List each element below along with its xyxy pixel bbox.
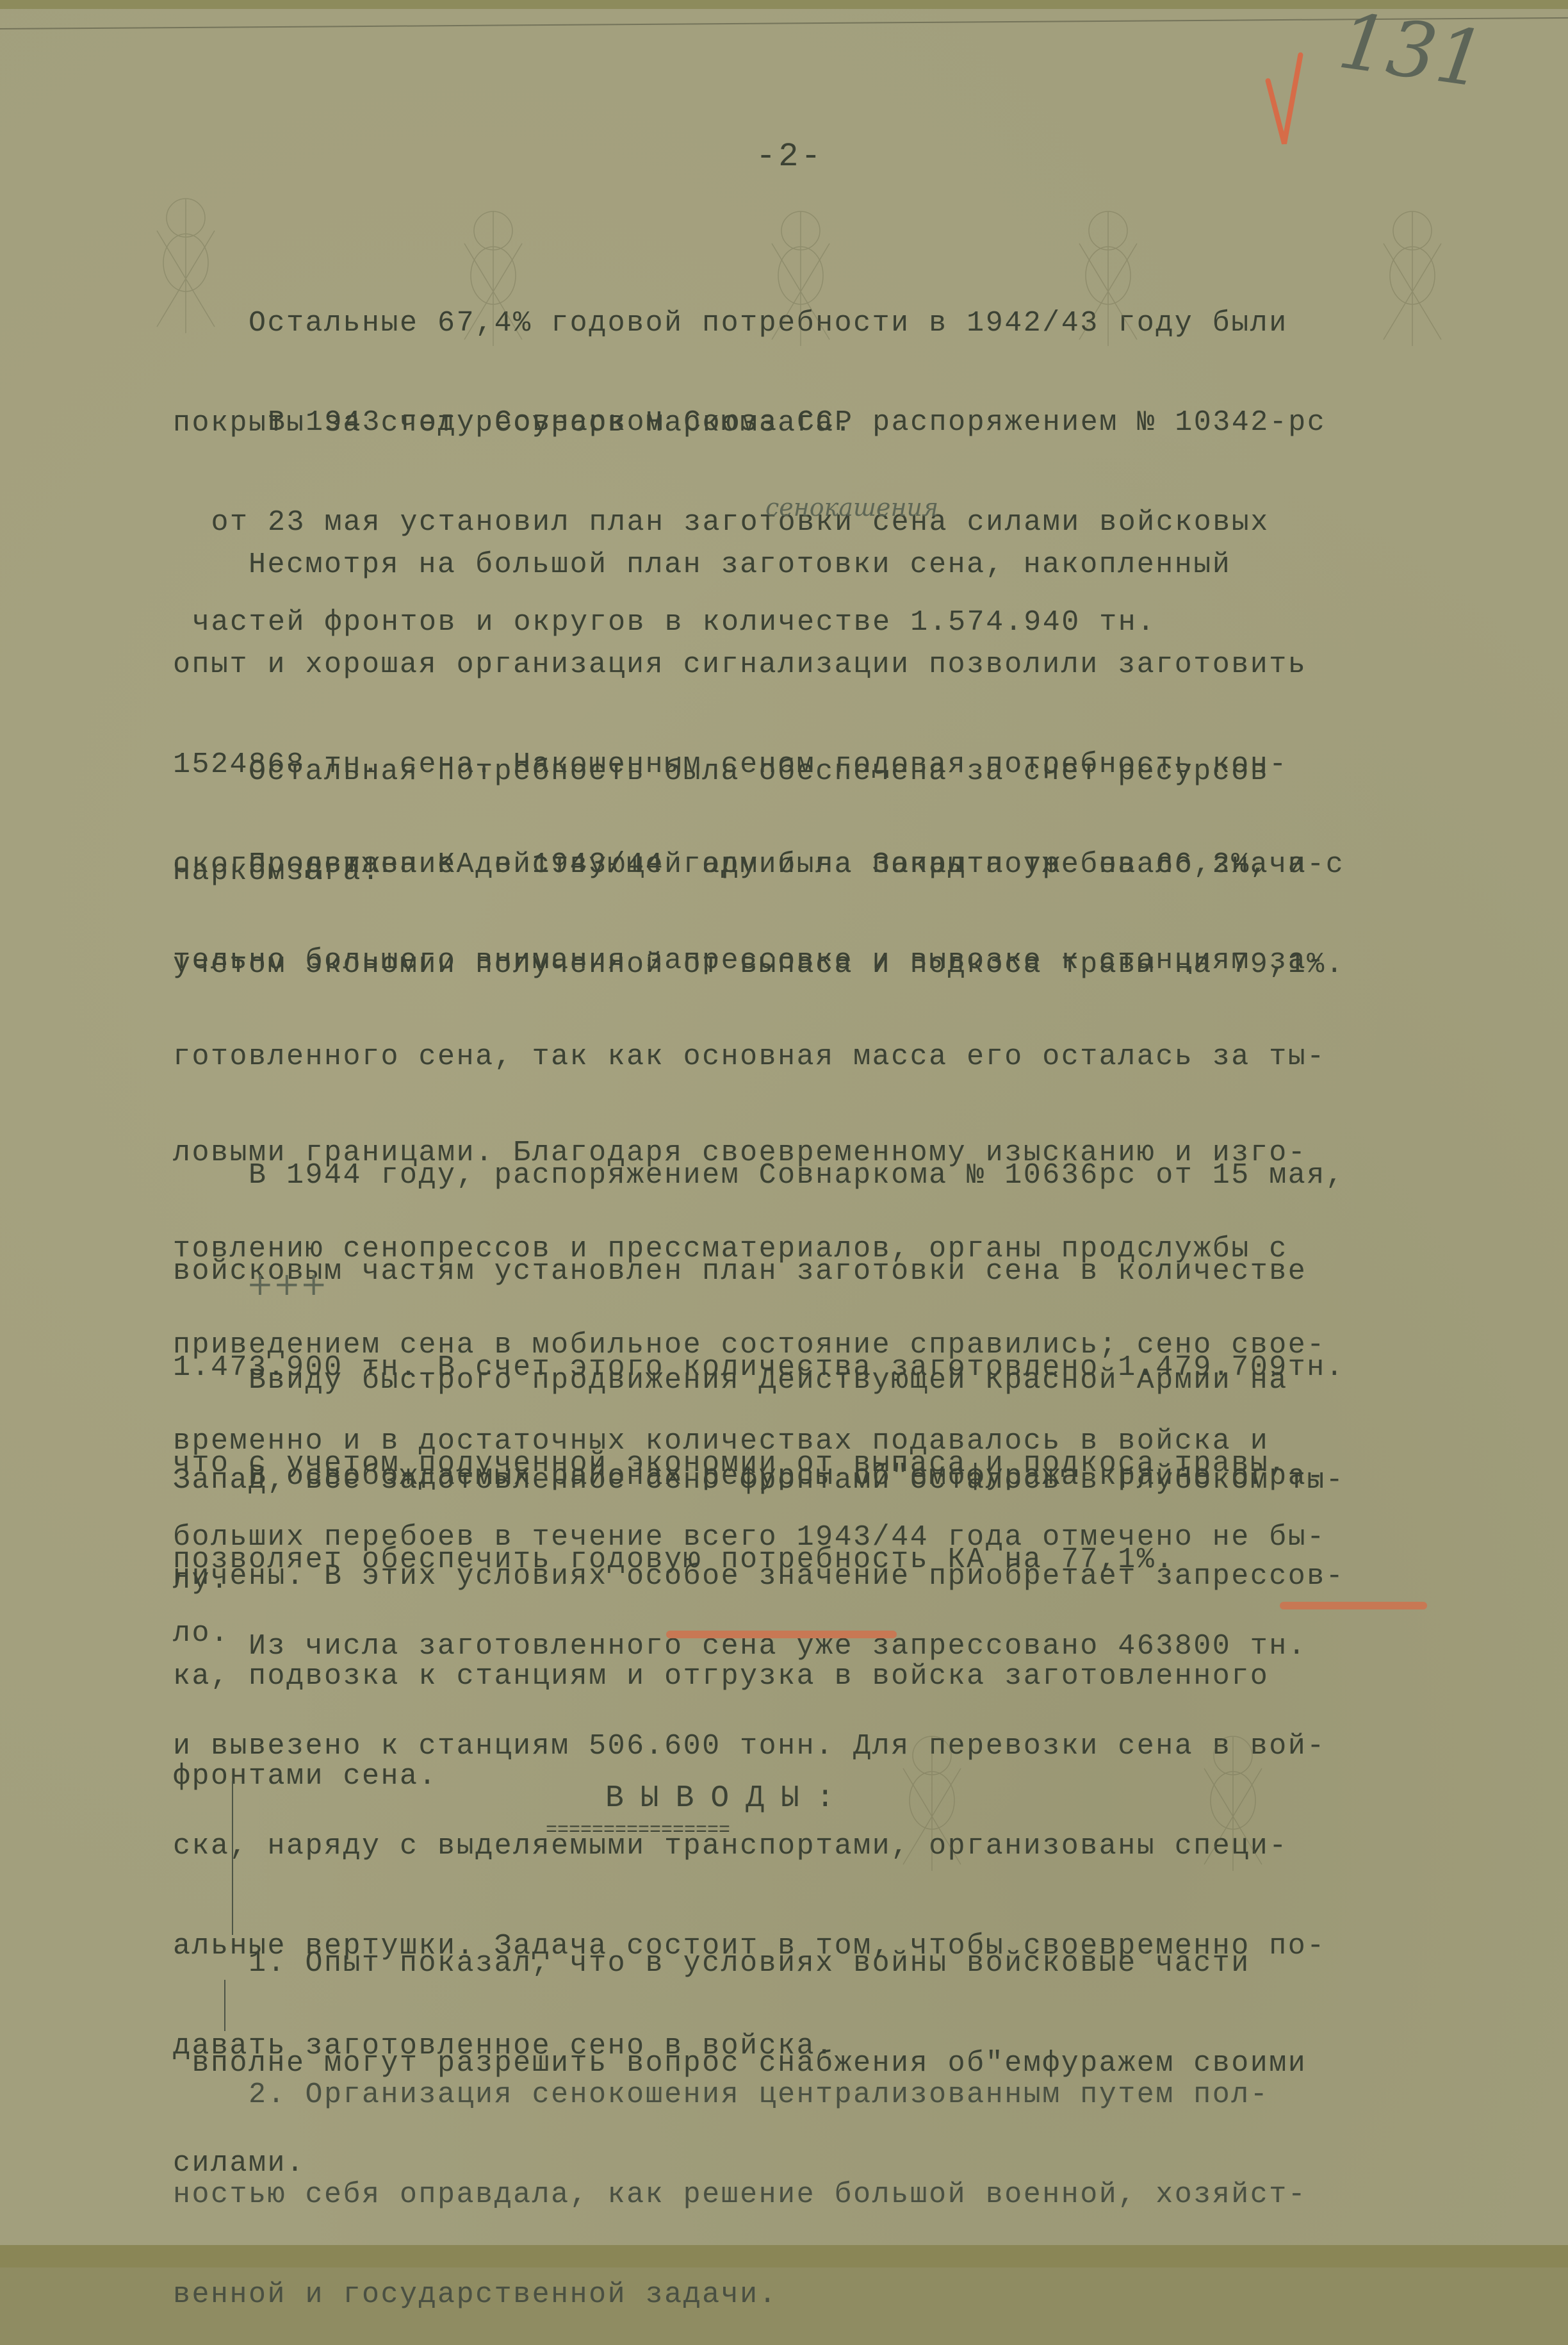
fold-line bbox=[0, 17, 1568, 29]
page-number: -2- bbox=[756, 138, 824, 176]
watermark-emblem-icon bbox=[151, 192, 221, 340]
text-line: тельно большего внимания запрессовке и в… bbox=[173, 945, 1537, 977]
text-line: ска, наряду с выделяемыми транспортами, … bbox=[173, 1830, 1537, 1863]
conclusions-heading-rule: ================ bbox=[546, 1820, 730, 1841]
text-line: Остальные 67,4% годовой потребности в 19… bbox=[173, 307, 1537, 340]
text-line: В 1943 году Совнарком Союза ССР распоряж… bbox=[192, 406, 1556, 440]
watermark-emblem-icon bbox=[1073, 205, 1143, 352]
text-line: Остальная потребность была обеспечена за… bbox=[173, 755, 1537, 789]
text-line: и вывезено к станциям 506.600 тонн. Для … bbox=[173, 1730, 1537, 1763]
highlight-463800 bbox=[1280, 1602, 1427, 1609]
text-line: В 1944 году, распоряжением Совнаркома № … bbox=[173, 1160, 1537, 1192]
watermark-emblem-icon bbox=[765, 205, 836, 352]
watermark-emblem-icon bbox=[897, 1730, 967, 1877]
check-mark-icon bbox=[1259, 51, 1310, 147]
text-line: Несмотря на большой план заготовки сена,… bbox=[173, 548, 1537, 582]
text-line: В освобождаемых районах ресурсы об"емофу… bbox=[173, 1460, 1537, 1493]
conclusion-2: 2. Организация сенокошения централизован… bbox=[173, 2012, 1537, 2267]
text-line: Продвижение действующей армии на Запад п… bbox=[173, 849, 1537, 881]
watermark-emblem-icon bbox=[458, 205, 528, 352]
highlight-506600 bbox=[666, 1631, 897, 1638]
text-line: 2. Организация сенокошения централизован… bbox=[173, 2078, 1537, 2112]
scan-top-edge bbox=[0, 0, 1568, 9]
watermark-emblem-icon bbox=[1198, 1730, 1268, 1877]
text-line: Ввиду быстрого продвижения Действующей К… bbox=[173, 1364, 1537, 1397]
text-line: ностью себя оправдала, как решение больш… bbox=[173, 2178, 1537, 2212]
text-line: опыт и хорошая организация сигнализации … bbox=[173, 648, 1537, 682]
text-line: готовленного сена, так как основная масс… bbox=[173, 1041, 1537, 1073]
text-line: войсковым частям установлен план заготов… bbox=[173, 1256, 1537, 1288]
watermark-emblem-icon bbox=[1377, 205, 1448, 352]
text-line: 1. Опыт показал, что в условиях войны во… bbox=[173, 1947, 1537, 1980]
conclusions-heading: ВЫВОДЫ: bbox=[605, 1781, 851, 1816]
